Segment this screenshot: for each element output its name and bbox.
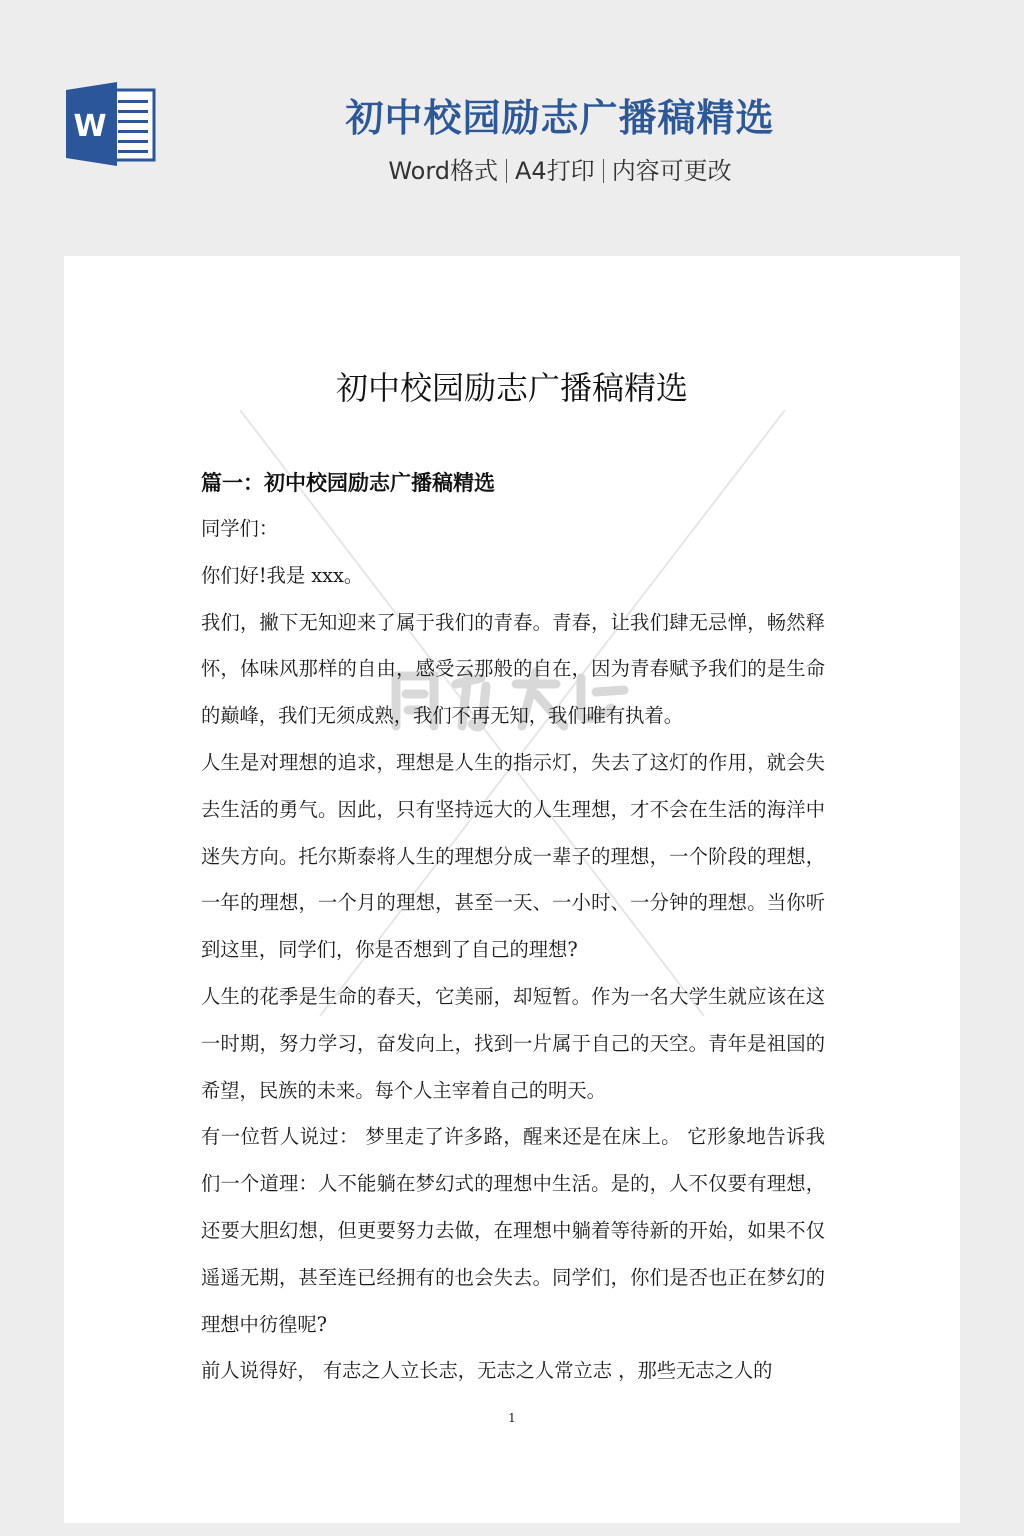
paragraph: 人生的花季是生命的春天，它美丽，却短暂。作为一名大学生就应该在这一时期，努力学习… (201, 974, 825, 1114)
separator (603, 159, 604, 183)
document-page: 初中校园励志广播稿精选 篇一：初中校园励志广播稿精选 同学们： 你们好!我是 x… (64, 256, 960, 1523)
paragraph: 有一位哲人说过： 梦里走了许多路，醒来还是在床上。 它形象地告诉我们一个道理：人… (201, 1114, 825, 1348)
header-banner: W 初中校园励志广播稿精选 Word格式A4打印内容可更改 (0, 0, 1024, 256)
svg-text:W: W (73, 109, 106, 144)
header-title: 初中校园励志广播稿精选 (300, 92, 820, 144)
page-number: 1 (64, 1411, 960, 1425)
paragraph: 人生是对理想的追求，理想是人生的指示灯，失去了这灯的作用，就会失去生活的勇气。因… (201, 740, 825, 974)
print-label: A4打印 (515, 157, 595, 185)
document-body: 篇一：初中校园励志广播稿精选 同学们： 你们好!我是 xxx。 我们，撇下无知迎… (201, 460, 825, 1395)
paragraph: 前人说得好， 有志之人立长志，无志之人常立志 ，那些无志之人的 (201, 1348, 825, 1395)
paragraph: 我们，撇下无知迎来了属于我们的青春。青春，让我们肆无忌惮，畅然释怀，体味风那样的… (201, 600, 825, 740)
section-heading: 篇一：初中校园励志广播稿精选 (201, 460, 825, 506)
separator (506, 159, 507, 183)
editable-label: 内容可更改 (612, 157, 732, 185)
header-subtitle: Word格式A4打印内容可更改 (300, 153, 820, 189)
document-title: 初中校园励志广播稿精选 (64, 364, 960, 412)
word-document-icon: W (66, 82, 156, 166)
paragraph-greeting: 同学们： (201, 506, 825, 553)
paragraph-intro: 你们好!我是 xxx。 (201, 553, 825, 600)
format-label: Word格式 (388, 157, 498, 185)
